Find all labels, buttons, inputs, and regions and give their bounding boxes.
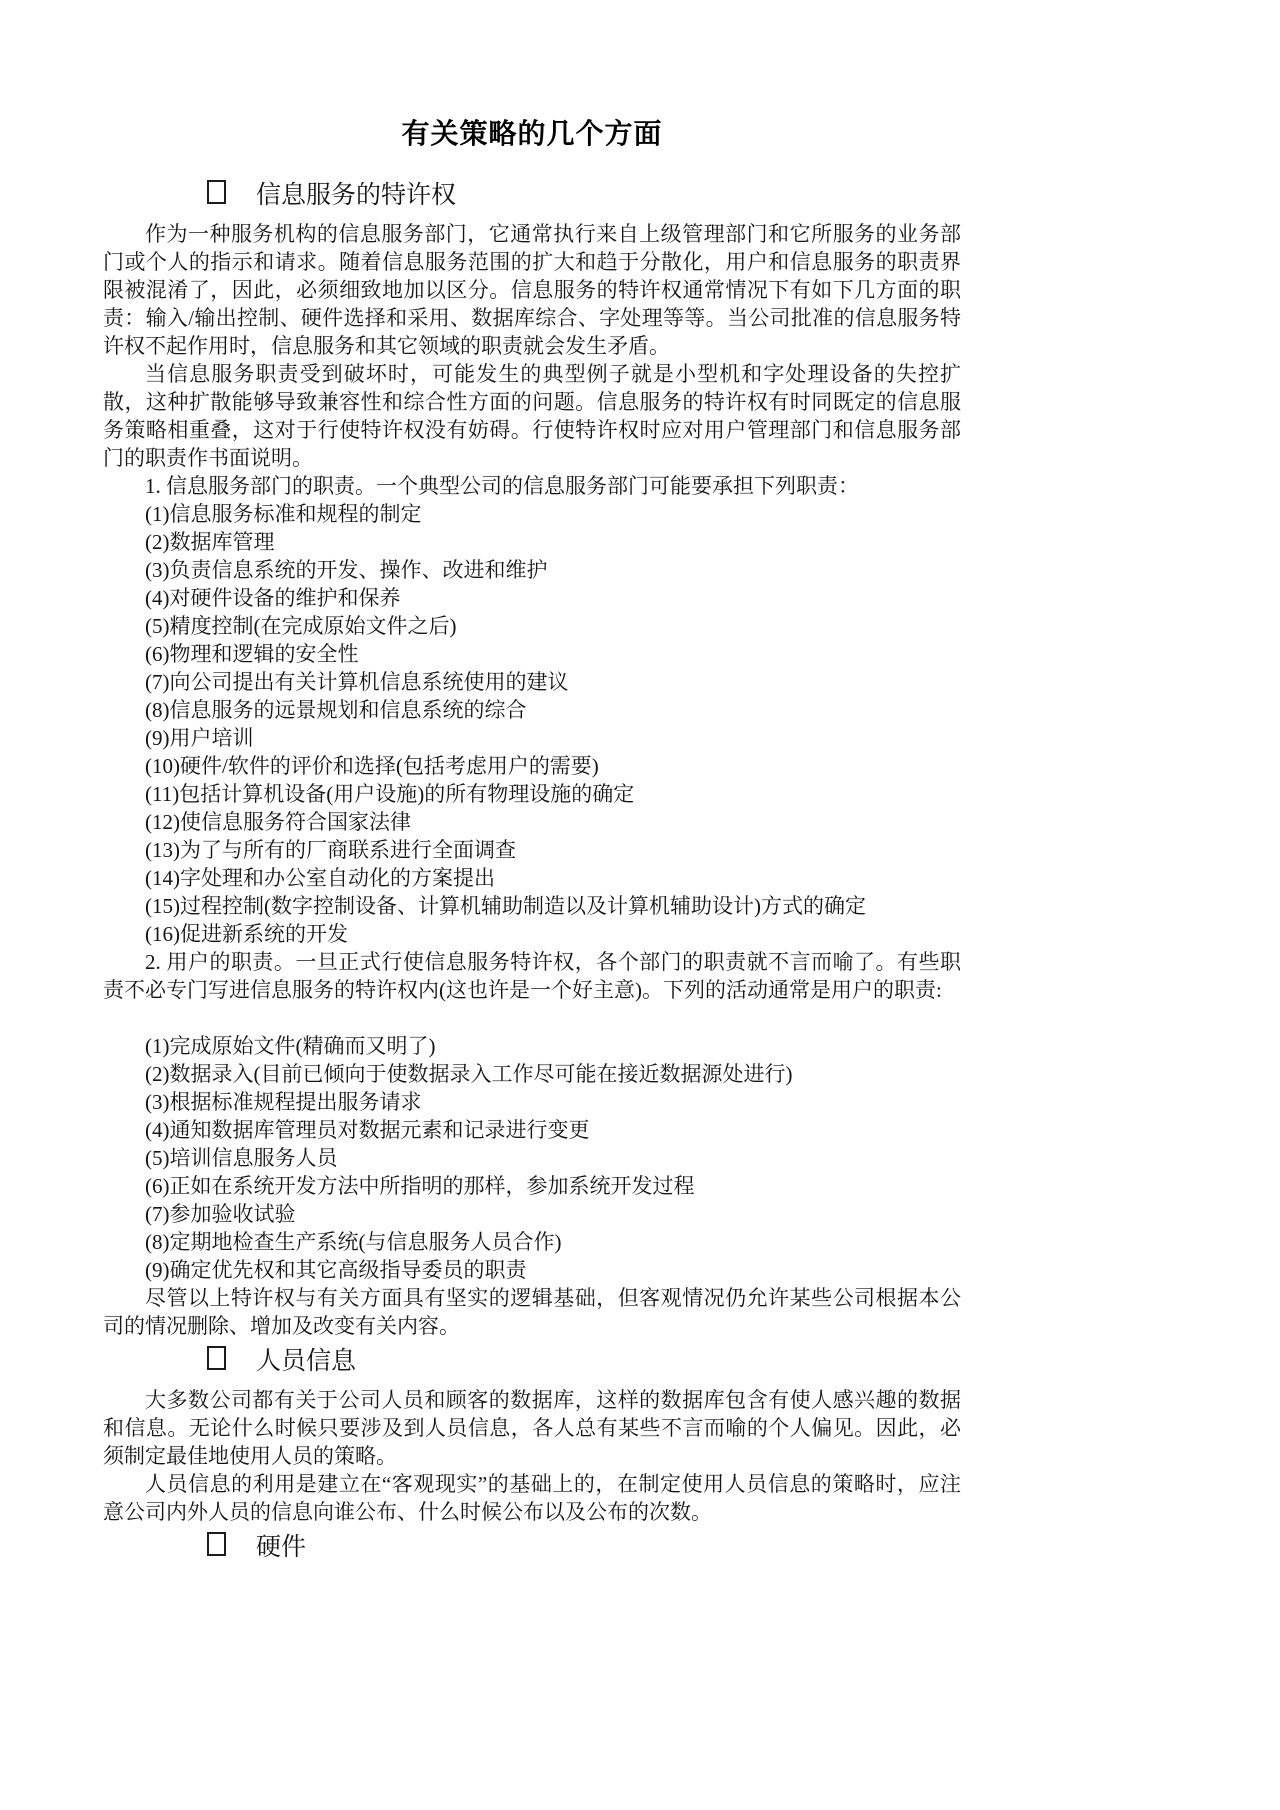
document-page: 有关策略的几个方面 信息服务的特许权 作为一种服务机构的信息服务部门，它通常执行…: [103, 118, 961, 1572]
list-item: (12)使信息服务符合国家法律: [103, 808, 961, 836]
list-item: (7)参加验收试验: [103, 1200, 961, 1228]
paragraph: 人员信息的利用是建立在“客观现实”的基础上的，在制定使用人员信息的策略时，应注意…: [103, 1470, 961, 1526]
section-heading-label: 硬件: [256, 1534, 306, 1561]
list-item: (5)培训信息服务人员: [103, 1144, 961, 1172]
list-item: (8)信息服务的远景规划和信息系统的综合: [103, 696, 961, 724]
section-heading-franchise: 信息服务的特许权: [207, 178, 961, 214]
section-heading-personnel-info: 人员信息: [207, 1344, 961, 1380]
page-title: 有关策略的几个方面: [103, 118, 961, 152]
list-item: (9)确定优先权和其它高级指导委员的职责: [103, 1256, 961, 1284]
list-item: (1)信息服务标准和规程的制定: [103, 500, 961, 528]
list-item: (11)包括计算机设备(用户设施)的所有物理设施的确定: [103, 780, 961, 808]
list-item: (6)正如在系统开发方法中所指明的那样，参加系统开发过程: [103, 1172, 961, 1200]
list-item: (7)向公司提出有关计算机信息系统使用的建议: [103, 668, 961, 696]
section-heading-label: 信息服务的特许权: [256, 182, 456, 209]
list-item: (15)过程控制(数字控制设备、计算机辅助制造以及计算机辅助设计)方式的确定: [103, 892, 961, 920]
list-item: (3)根据标准规程提出服务请求: [103, 1088, 961, 1116]
list-item: (5)精度控制(在完成原始文件之后): [103, 612, 961, 640]
section-heading-label: 人员信息: [256, 1348, 356, 1375]
list-item: (3)负责信息系统的开发、操作、改进和维护: [103, 556, 961, 584]
paragraph: 尽管以上特许权与有关方面具有坚实的逻辑基础，但客观情况仍允许某些公司根据本公司的…: [103, 1284, 961, 1340]
section-heading-hardware: 硬件: [207, 1530, 961, 1566]
paragraph: 作为一种服务机构的信息服务部门，它通常执行来自上级管理部门和它所服务的业务部门或…: [103, 220, 961, 360]
list-item: (2)数据录入(目前已倾向于使数据录入工作尽可能在接近数据源处进行): [103, 1060, 961, 1088]
paragraph: 大多数公司都有关于公司人员和顾客的数据库，这样的数据库包含有使人感兴趣的数据和信…: [103, 1386, 961, 1470]
list-item: (16)促进新系统的开发: [103, 920, 961, 948]
list-item: (9)用户培训: [103, 724, 961, 752]
paragraph: 当信息服务职责受到破坏时，可能发生的典型例子就是小型机和字处理设备的失控扩散，这…: [103, 360, 961, 472]
square-bullet-icon: [207, 1532, 226, 1556]
list-item: (10)硬件/软件的评价和选择(包括考虑用户的需要): [103, 752, 961, 780]
square-bullet-icon: [207, 180, 226, 204]
numbered-intro-1: 1. 信息服务部门的职责。一个典型公司的信息服务部门可能要承担下列职责：: [103, 472, 961, 500]
list-item: (2)数据库管理: [103, 528, 961, 556]
list-item: (6)物理和逻辑的安全性: [103, 640, 961, 668]
list-item: (14)字处理和办公室自动化的方案提出: [103, 864, 961, 892]
list-item: (4)对硬件设备的维护和保养: [103, 584, 961, 612]
square-bullet-icon: [207, 1346, 226, 1370]
list-item: (13)为了与所有的厂商联系进行全面调查: [103, 836, 961, 864]
numbered-intro-2: 2. 用户的职责。一旦正式行使信息服务特许权，各个部门的职责就不言而喻了。有些职…: [103, 948, 961, 1004]
list-item: (8)定期地检查生产系统(与信息服务人员合作): [103, 1228, 961, 1256]
list-item: (4)通知数据库管理员对数据元素和记录进行变更: [103, 1116, 961, 1144]
list-item: (1)完成原始文件(精确而又明了): [103, 1032, 961, 1060]
